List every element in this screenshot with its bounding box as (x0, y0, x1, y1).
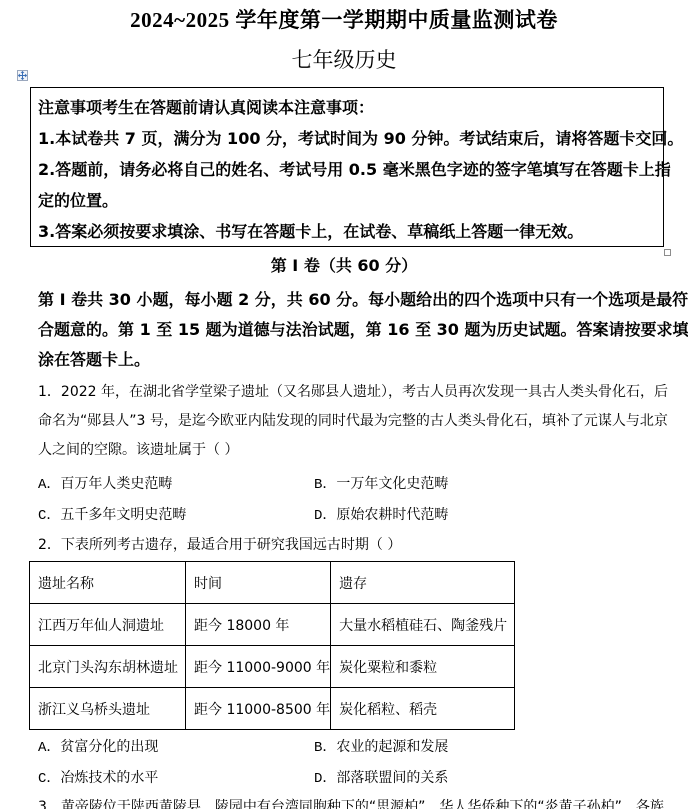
table-row: 江西万年仙人洞遗址 距今 18000 年 大量水稻植硅石、陶釜残片 (30, 604, 515, 646)
notice-box: 注意事项考生在答题前请认真阅读本注意事项： 1.本试卷共 7 页，满分为 100… (30, 87, 664, 247)
table-row: 浙江义乌桥头遗址 距今 11000-8500 年 炭化稻粒、稻壳 (30, 688, 515, 730)
table-cell: 浙江义乌桥头遗址 (30, 688, 186, 730)
question-line: 命名为“郧县人”3 号，是迄今欧亚内陆发现的同时代最为完整的古人类头骨化石，填补… (38, 407, 662, 436)
option-letter: B． (314, 740, 336, 756)
table-cell: 距今 18000 年 (186, 604, 331, 646)
option-letter: C． (38, 771, 60, 787)
option-letter: D． (314, 508, 336, 524)
question-1-option-a[interactable]: A．百万年人类史范畴 (38, 474, 172, 495)
intro-line: 第 I 卷共 30 小题，每小题 2 分，共 60 分。每小题给出的四个选项中只… (38, 285, 662, 315)
exam-title: 2024~2025 学年度第一学期期中质量监测试卷 (0, 6, 688, 34)
question-line: 人之间的空隙。该遗址属于（ ） (38, 436, 662, 465)
table-row: 北京门头沟东胡林遗址 距今 11000-9000 年 炭化粟粒和黍粒 (30, 646, 515, 688)
question-1-stem: 1．2022 年，在湖北省学堂梁子遗址（又名郧县人遗址），考古人员再次发现一具古… (38, 378, 662, 465)
question-1-option-b[interactable]: B．一万年文化史范畴 (314, 474, 448, 495)
table-cell: 炭化粟粒和黍粒 (331, 646, 515, 688)
option-text: 部落联盟间的关系 (336, 770, 448, 786)
question-line: 1．2022 年，在湖北省学堂梁子遗址（又名郧县人遗址），考古人员再次发现一具古… (38, 378, 662, 407)
question-3-stem-partial: 3．黄帝陵位于陕西黄陵县，陵园中有台湾同胞种下的“思源柏”，华人华侨种下的“炎黄… (38, 797, 664, 809)
notice-item-2-cont: 定的位置。 (38, 185, 656, 216)
option-text: 百万年人类史范畴 (60, 476, 172, 492)
table-cell: 距今 11000-9000 年 (186, 646, 331, 688)
table-header-cell: 遗址名称 (30, 562, 186, 604)
table-header-cell: 遗存 (331, 562, 515, 604)
table-cell: 距今 11000-8500 年 (186, 688, 331, 730)
section-intro: 第 I 卷共 30 小题，每小题 2 分，共 60 分。每小题给出的四个选项中只… (38, 285, 662, 375)
notice-item-2: 2.答题前，请务必将自己的姓名、考试号用 0.5 毫米黑色字迹的签字笔填写在答题… (38, 154, 656, 185)
table-move-handle-icon[interactable] (17, 70, 28, 81)
table-header-row: 遗址名称 时间 遗存 (30, 562, 515, 604)
question-2-stem: 2．下表所列考古遗存，最适合用于研究我国远古时期（ ） (38, 535, 401, 555)
question-2-option-c[interactable]: C．冶炼技术的水平 (38, 768, 158, 789)
table-header-cell: 时间 (186, 562, 331, 604)
question-1-option-c[interactable]: C．五千多年文明史范畴 (38, 505, 186, 526)
intro-line: 合题意的。第 1 至 15 题为道德与法治试题，第 16 至 30 题为历史试题… (38, 315, 662, 345)
exam-subject: 七年级历史 (0, 46, 688, 74)
option-text: 一万年文化史范畴 (336, 476, 448, 492)
table-cell: 炭化稻粒、稻壳 (331, 688, 515, 730)
option-text: 五千多年文明史范畴 (60, 507, 186, 523)
option-letter: A． (38, 477, 60, 493)
intro-line: 涂在答题卡上。 (38, 345, 662, 375)
question-2-option-a[interactable]: A．贫富分化的出现 (38, 737, 158, 758)
section-title: 第 I 卷（共 60 分） (0, 255, 688, 277)
option-letter: C． (38, 508, 60, 524)
option-text: 贫富分化的出现 (60, 739, 158, 755)
question-2-option-b[interactable]: B．农业的起源和发展 (314, 737, 448, 758)
table-cell: 大量水稻植硅石、陶釜残片 (331, 604, 515, 646)
option-letter: D． (314, 771, 336, 787)
table-cell: 北京门头沟东胡林遗址 (30, 646, 186, 688)
notice-item-3: 3.答案必须按要求填涂、书写在答题卡上，在试卷、草稿纸上答题一律无效。 (38, 216, 656, 247)
relics-table: 遗址名称 时间 遗存 江西万年仙人洞遗址 距今 18000 年 大量水稻植硅石、… (29, 561, 515, 730)
notice-heading: 注意事项考生在答题前请认真阅读本注意事项： (38, 92, 656, 123)
question-2-option-d[interactable]: D．部落联盟间的关系 (314, 768, 448, 789)
option-letter: A． (38, 740, 60, 756)
question-1-option-d[interactable]: D．原始农耕时代范畴 (314, 505, 448, 526)
option-letter: B． (314, 477, 336, 493)
option-text: 原始农耕时代范畴 (336, 507, 448, 523)
option-text: 农业的起源和发展 (336, 739, 448, 755)
table-cell: 江西万年仙人洞遗址 (30, 604, 186, 646)
option-text: 冶炼技术的水平 (60, 770, 158, 786)
notice-item-1: 1.本试卷共 7 页，满分为 100 分，考试时间为 90 分钟。考试结束后，请… (38, 123, 656, 154)
